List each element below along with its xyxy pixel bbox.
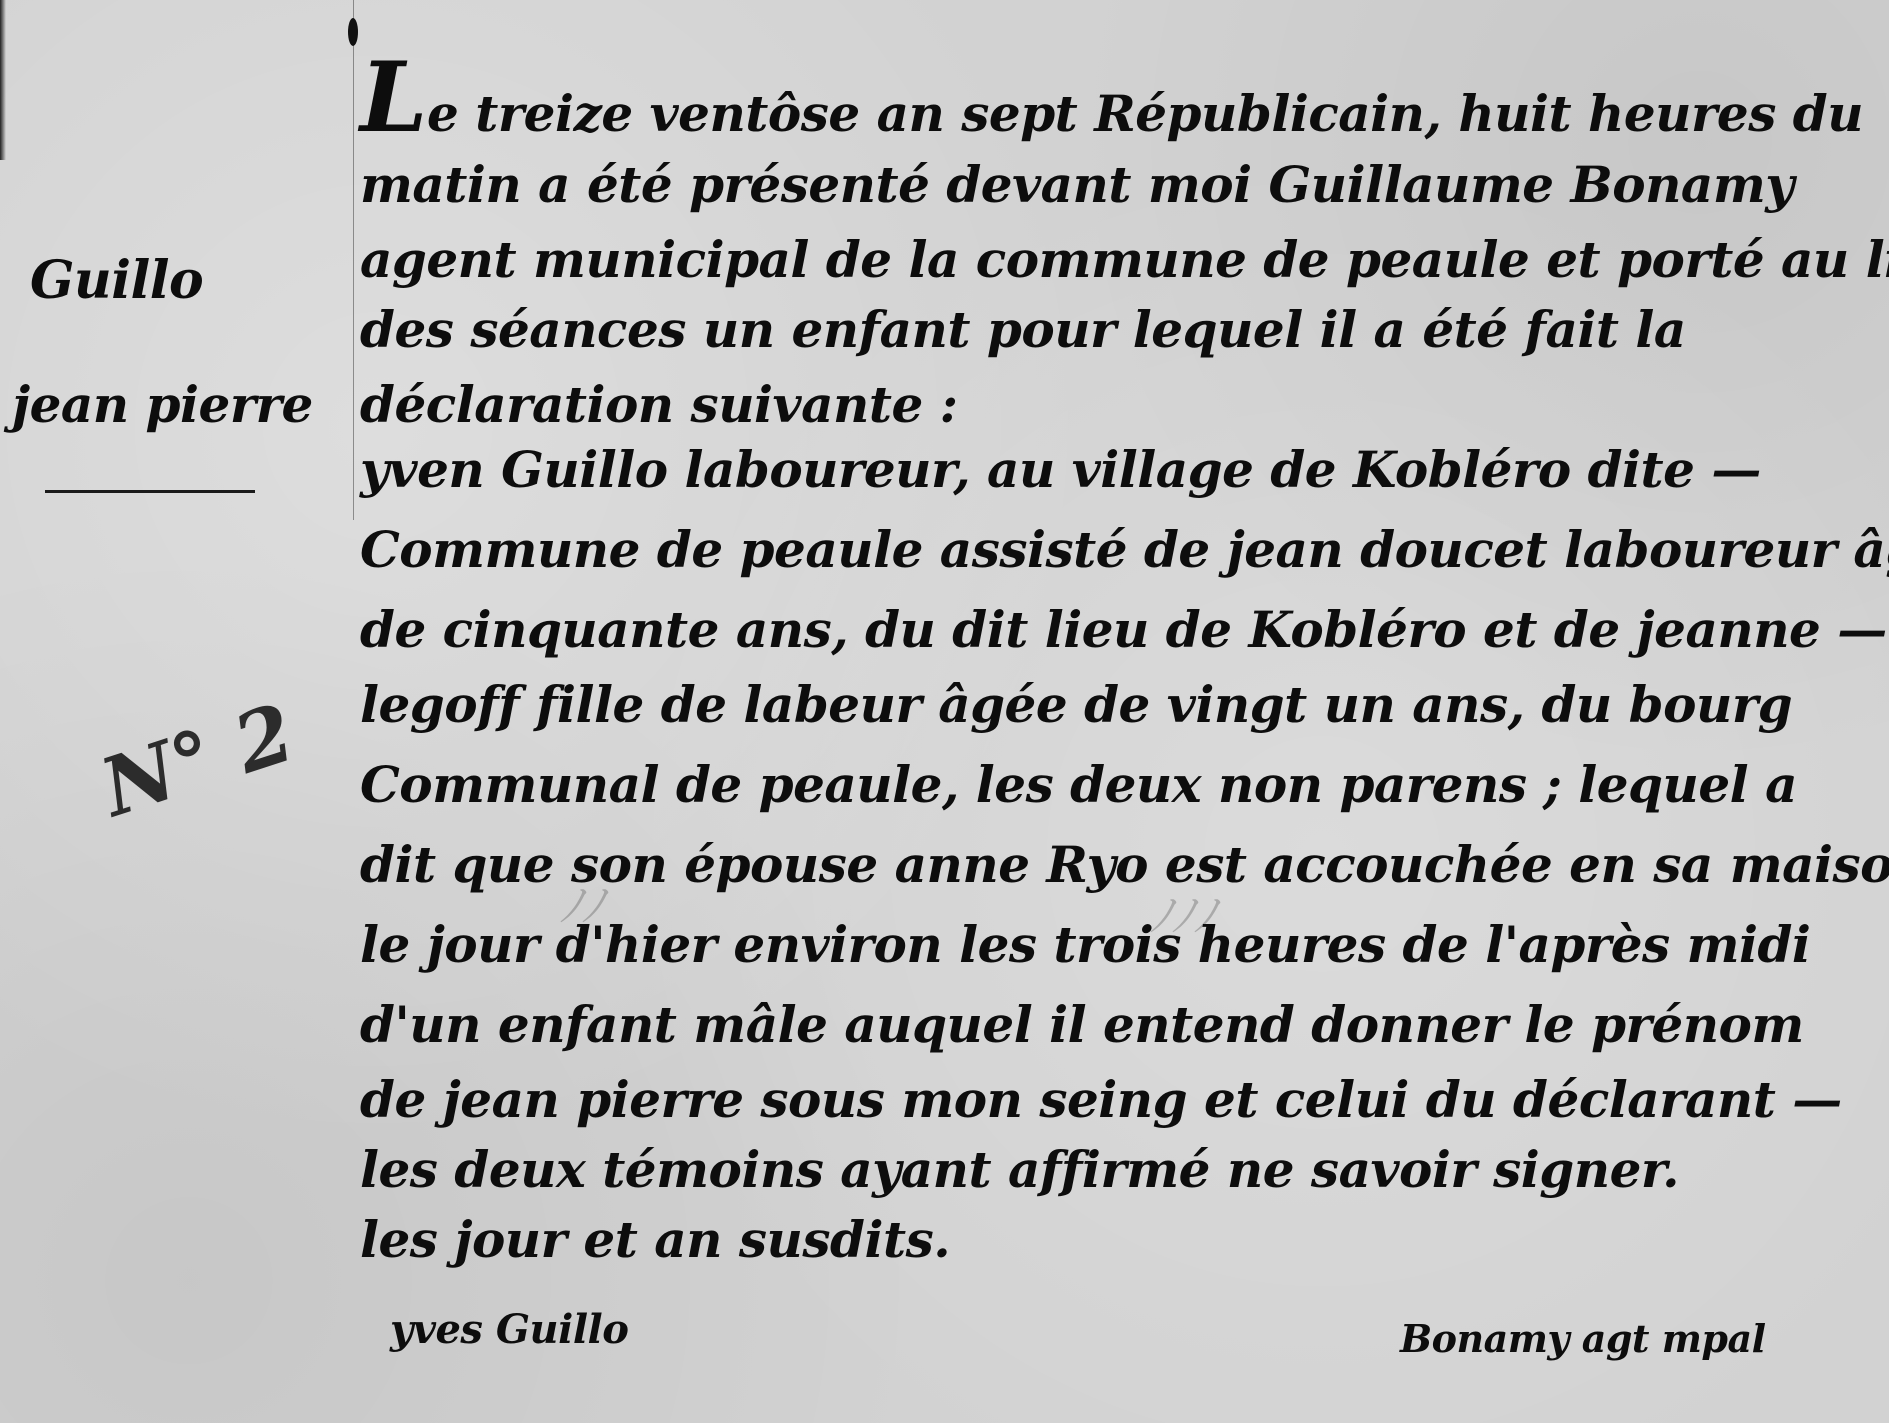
margin-given-name: jean pierre (12, 380, 313, 430)
record-line-11: dit que son épouse anne Ryo est accouché… (360, 840, 1889, 890)
record-line-8: de cinquante ans, du dit lieu de Kobléro… (360, 605, 1887, 655)
record-line-15: les deux témoins ayant affirmé ne savoir… (360, 1145, 1679, 1195)
record-line-14: de jean pierre sous mon seing et celui d… (360, 1075, 1842, 1125)
record-line-4: des séances un enfant pour lequel il a é… (360, 305, 1686, 355)
officer-signature: Bonamy agt mpal (1400, 1320, 1766, 1358)
document-page: Guillo jean pierre N° 2 ﾉﾉﾉ ﾉﾉ Le treize… (0, 0, 1889, 1423)
record-line-5: déclaration suivante : (360, 380, 958, 430)
page-edge-shadow (0, 0, 6, 160)
record-line-16: les jour et an susdits. (360, 1215, 950, 1265)
record-line-12: le jour d'hier environ les trois heures … (360, 920, 1810, 970)
margin-rule (353, 0, 354, 520)
record-line-10: Communal de peaule, les deux non parens … (360, 760, 1797, 810)
margin-underline (45, 490, 255, 493)
record-line-6: yven Guillo laboureur, au village de Kob… (360, 445, 1761, 495)
ink-blot (348, 18, 358, 46)
record-line-9: legoff fille de labeur âgée de vingt un … (360, 680, 1792, 730)
record-line-13: d'un enfant mâle auquel il entend donner… (360, 1000, 1804, 1050)
record-line-2: matin a été présenté devant moi Guillaum… (360, 160, 1794, 210)
declarant-signature: yves Guillo (390, 1310, 628, 1350)
record-line-3: agent municipal de la commune de peaule … (360, 235, 1889, 285)
margin-record-number: N° 2 (92, 692, 302, 828)
margin-surname: Guillo (30, 255, 203, 307)
record-line-1: Le treize ventôse an sept Républicain, h… (360, 50, 1863, 146)
record-line-7: Commune de peaule assisté de jean doucet… (360, 525, 1889, 575)
